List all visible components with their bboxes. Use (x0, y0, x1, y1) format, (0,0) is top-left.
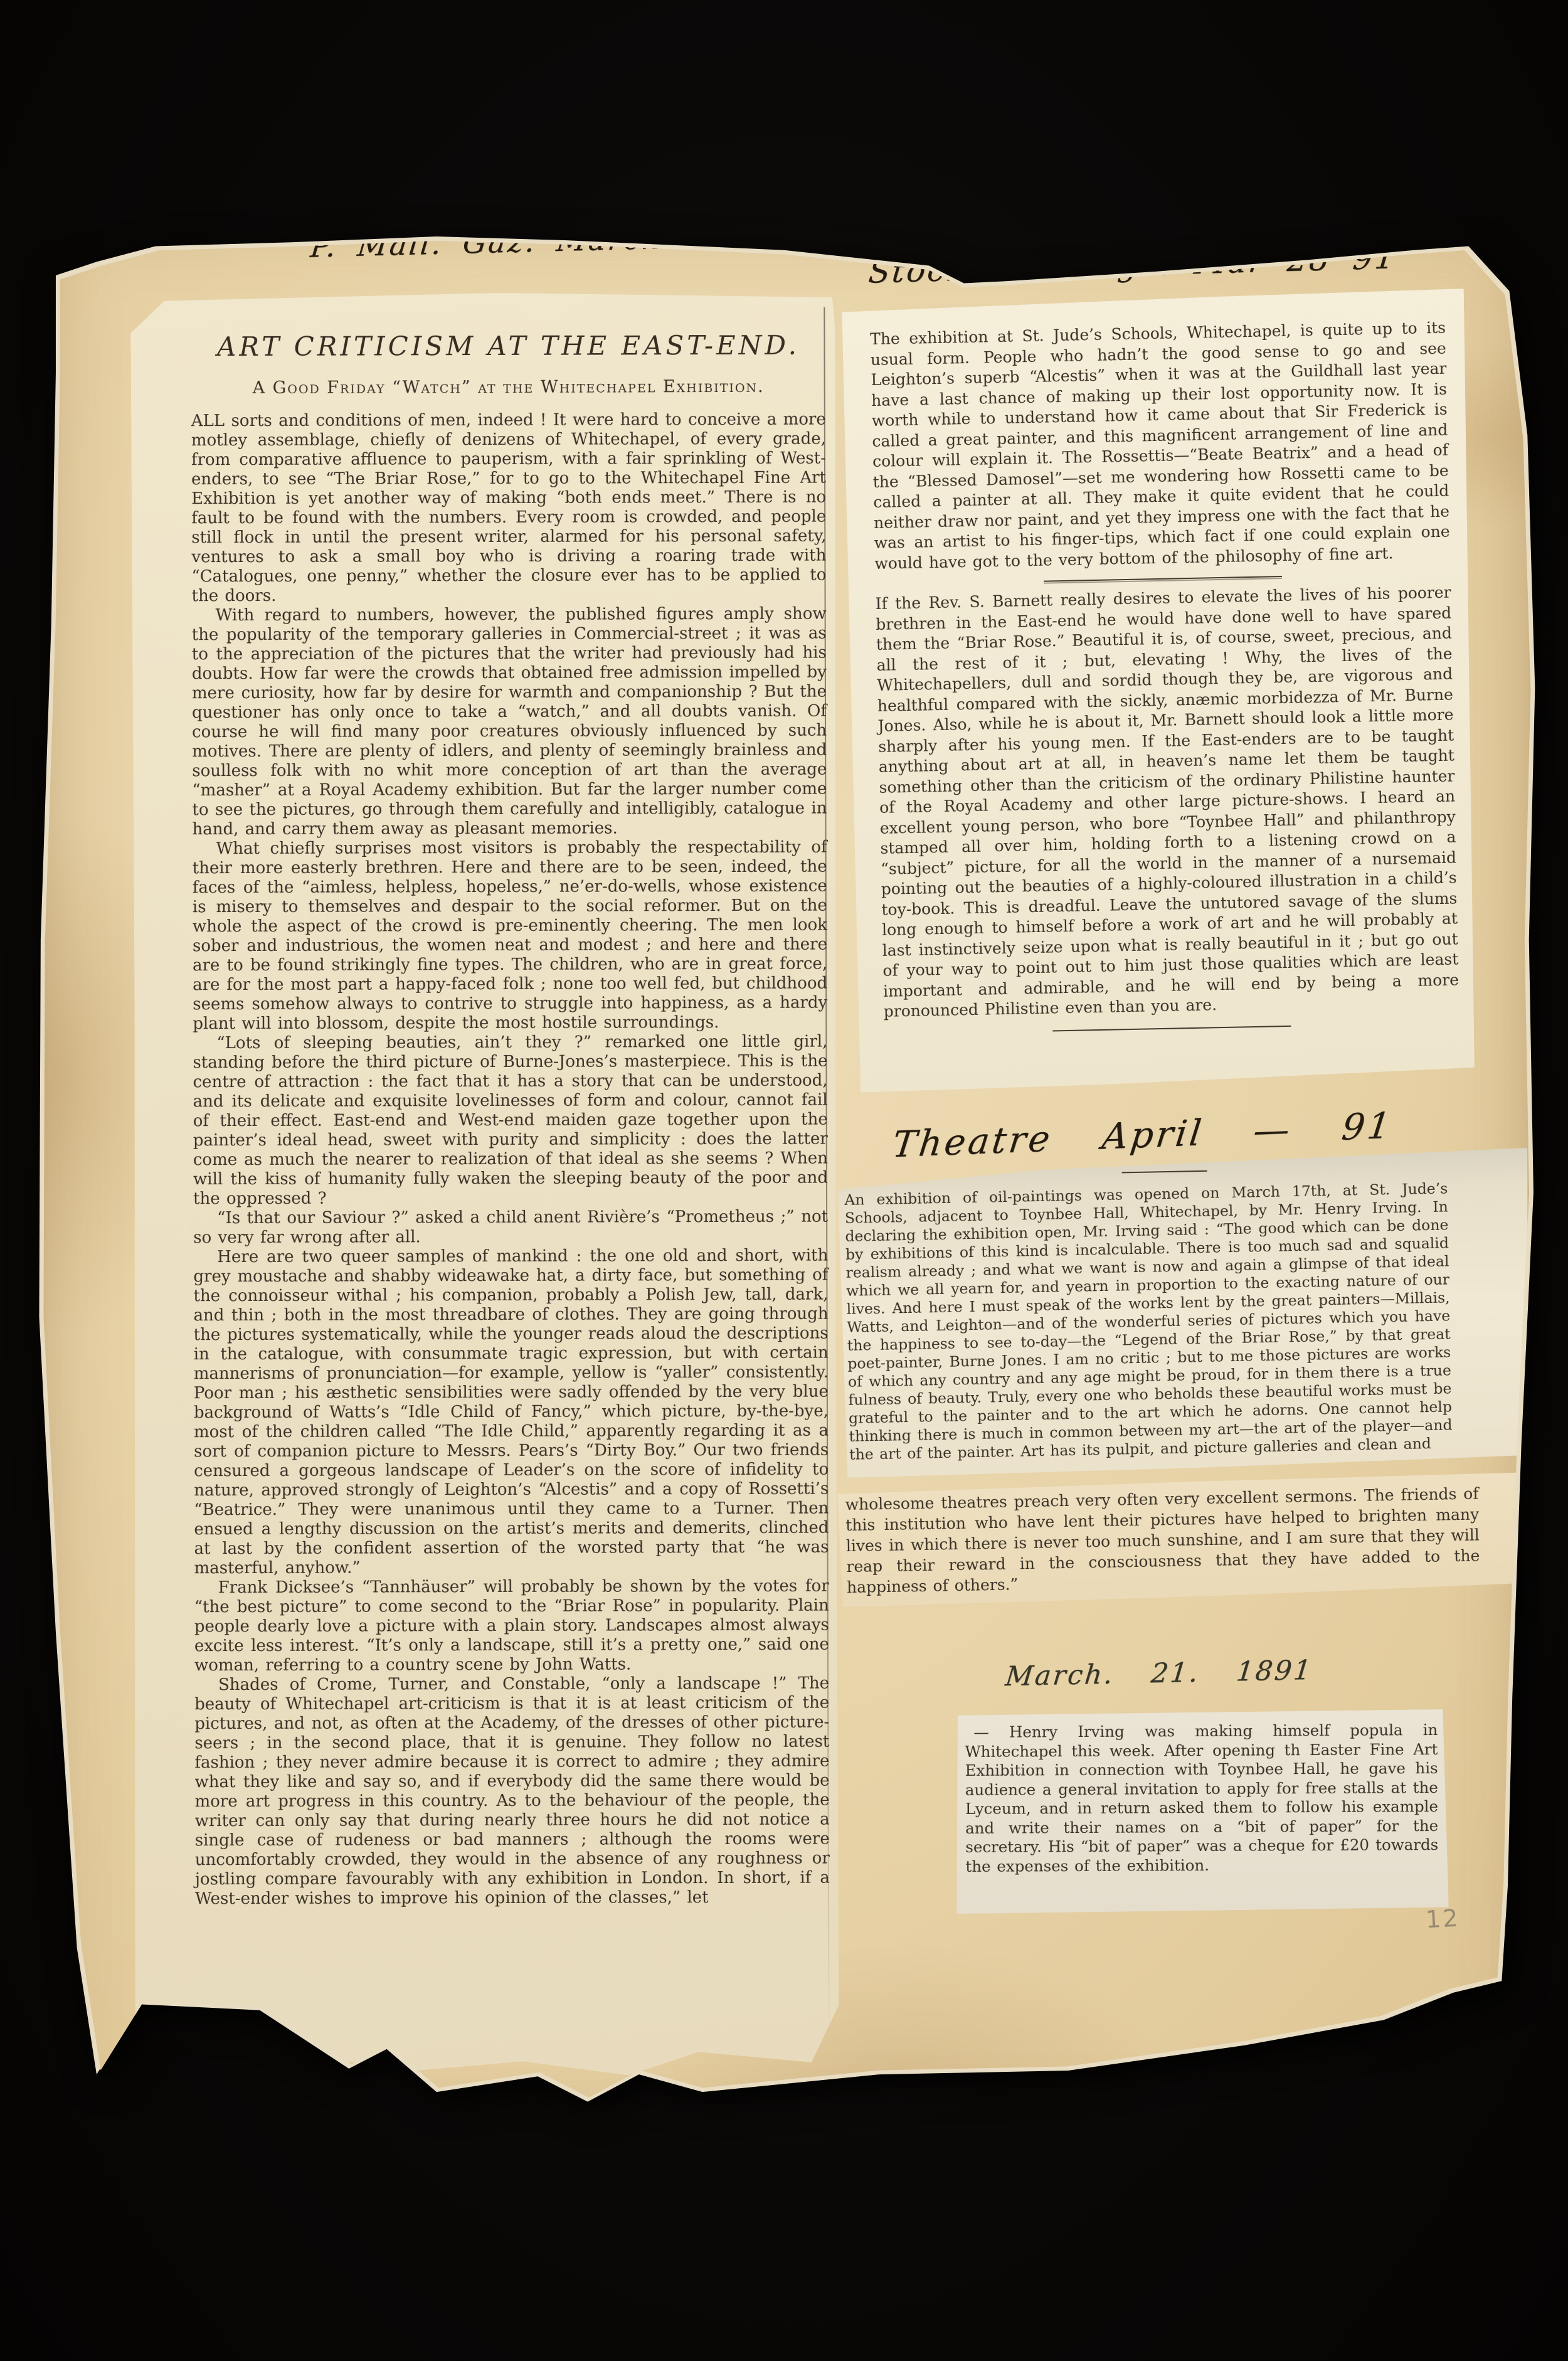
article-paragraph: “Lots of sleeping beauties, ain’t they ?… (193, 1032, 828, 1209)
article-paragraph: Frank Dicksee’s “Tannhäuser” will probab… (194, 1577, 829, 1676)
clipping-paragraph: The exhibition at St. Jude’s Schools, Wh… (870, 318, 1451, 574)
clipping-paragraph: wholesome theatres preach very often ver… (845, 1483, 1480, 1598)
article-paragraph: ALL sorts and conditions of men, indeed … (191, 410, 827, 607)
page-number-pencil: 12 (1425, 1904, 1461, 1934)
clipping-theatre-irving-speech: An exhibition of oil-paintings was opene… (837, 1148, 1533, 1478)
photograph-backdrop: { "page_number": "12", "annotations": { … (0, 0, 1568, 2361)
article-paragraph: “Is that our Saviour ?” asked a child an… (193, 1207, 828, 1248)
section-divider-rule (1121, 1170, 1207, 1174)
article-paragraph: Here are two queer samples of mankind : … (193, 1246, 829, 1579)
clipping-stock-exchange: The exhibition at St. Jude’s Schools, Wh… (842, 289, 1480, 1093)
scrapbook-page: P. Mall. Gaz. March 31. 91. ART CRITICIS… (34, 204, 1537, 2142)
section-divider-rule (1052, 1025, 1291, 1031)
article-paragraph: Shades of Crome, Turner, and Constable, … (194, 1674, 830, 1909)
article-column: ART CRITICISM AT THE EAST-END. A Good Fr… (191, 292, 830, 1909)
annotation-march-date: March. 21. 1891 (1004, 1655, 1315, 1692)
clipping-paragraph: An exhibition of oil-paintings was opene… (844, 1179, 1453, 1463)
clipping-theatre-continuation: wholesome theatres preach very often ver… (837, 1472, 1534, 1607)
section-divider-rule (1044, 576, 1282, 582)
article-title: ART CRITICISM AT THE EAST-END. (191, 330, 825, 363)
annotation-theatre-date: Theatre April — 91 (890, 1105, 1395, 1166)
article-paragraph: With regard to numbers, however, the pub… (192, 605, 827, 840)
scrapbook-page-stage: P. Mall. Gaz. March 31. 91. ART CRITICIS… (34, 204, 1537, 2142)
article-paragraph: What chiefly surprises most visitors is … (193, 838, 828, 1034)
clipping-paragraph: — Henry Irving was making himself popula… (965, 1721, 1438, 1876)
annotation-stock-exchange-date: Stock Exchange. Mar 28 91 (867, 239, 1398, 290)
article-subtitle: A Good Friday “Watch” at the Whitechapel… (191, 377, 826, 398)
clipping-henry-irving-cheque: — Henry Irving was making himself popula… (955, 1709, 1449, 1914)
clipping-art-criticism-article: ART CRITICISM AT THE EAST-END. A Good Fr… (130, 292, 839, 2079)
clipping-paragraph: If the Rev. S. Barnett really desires to… (875, 583, 1459, 1022)
